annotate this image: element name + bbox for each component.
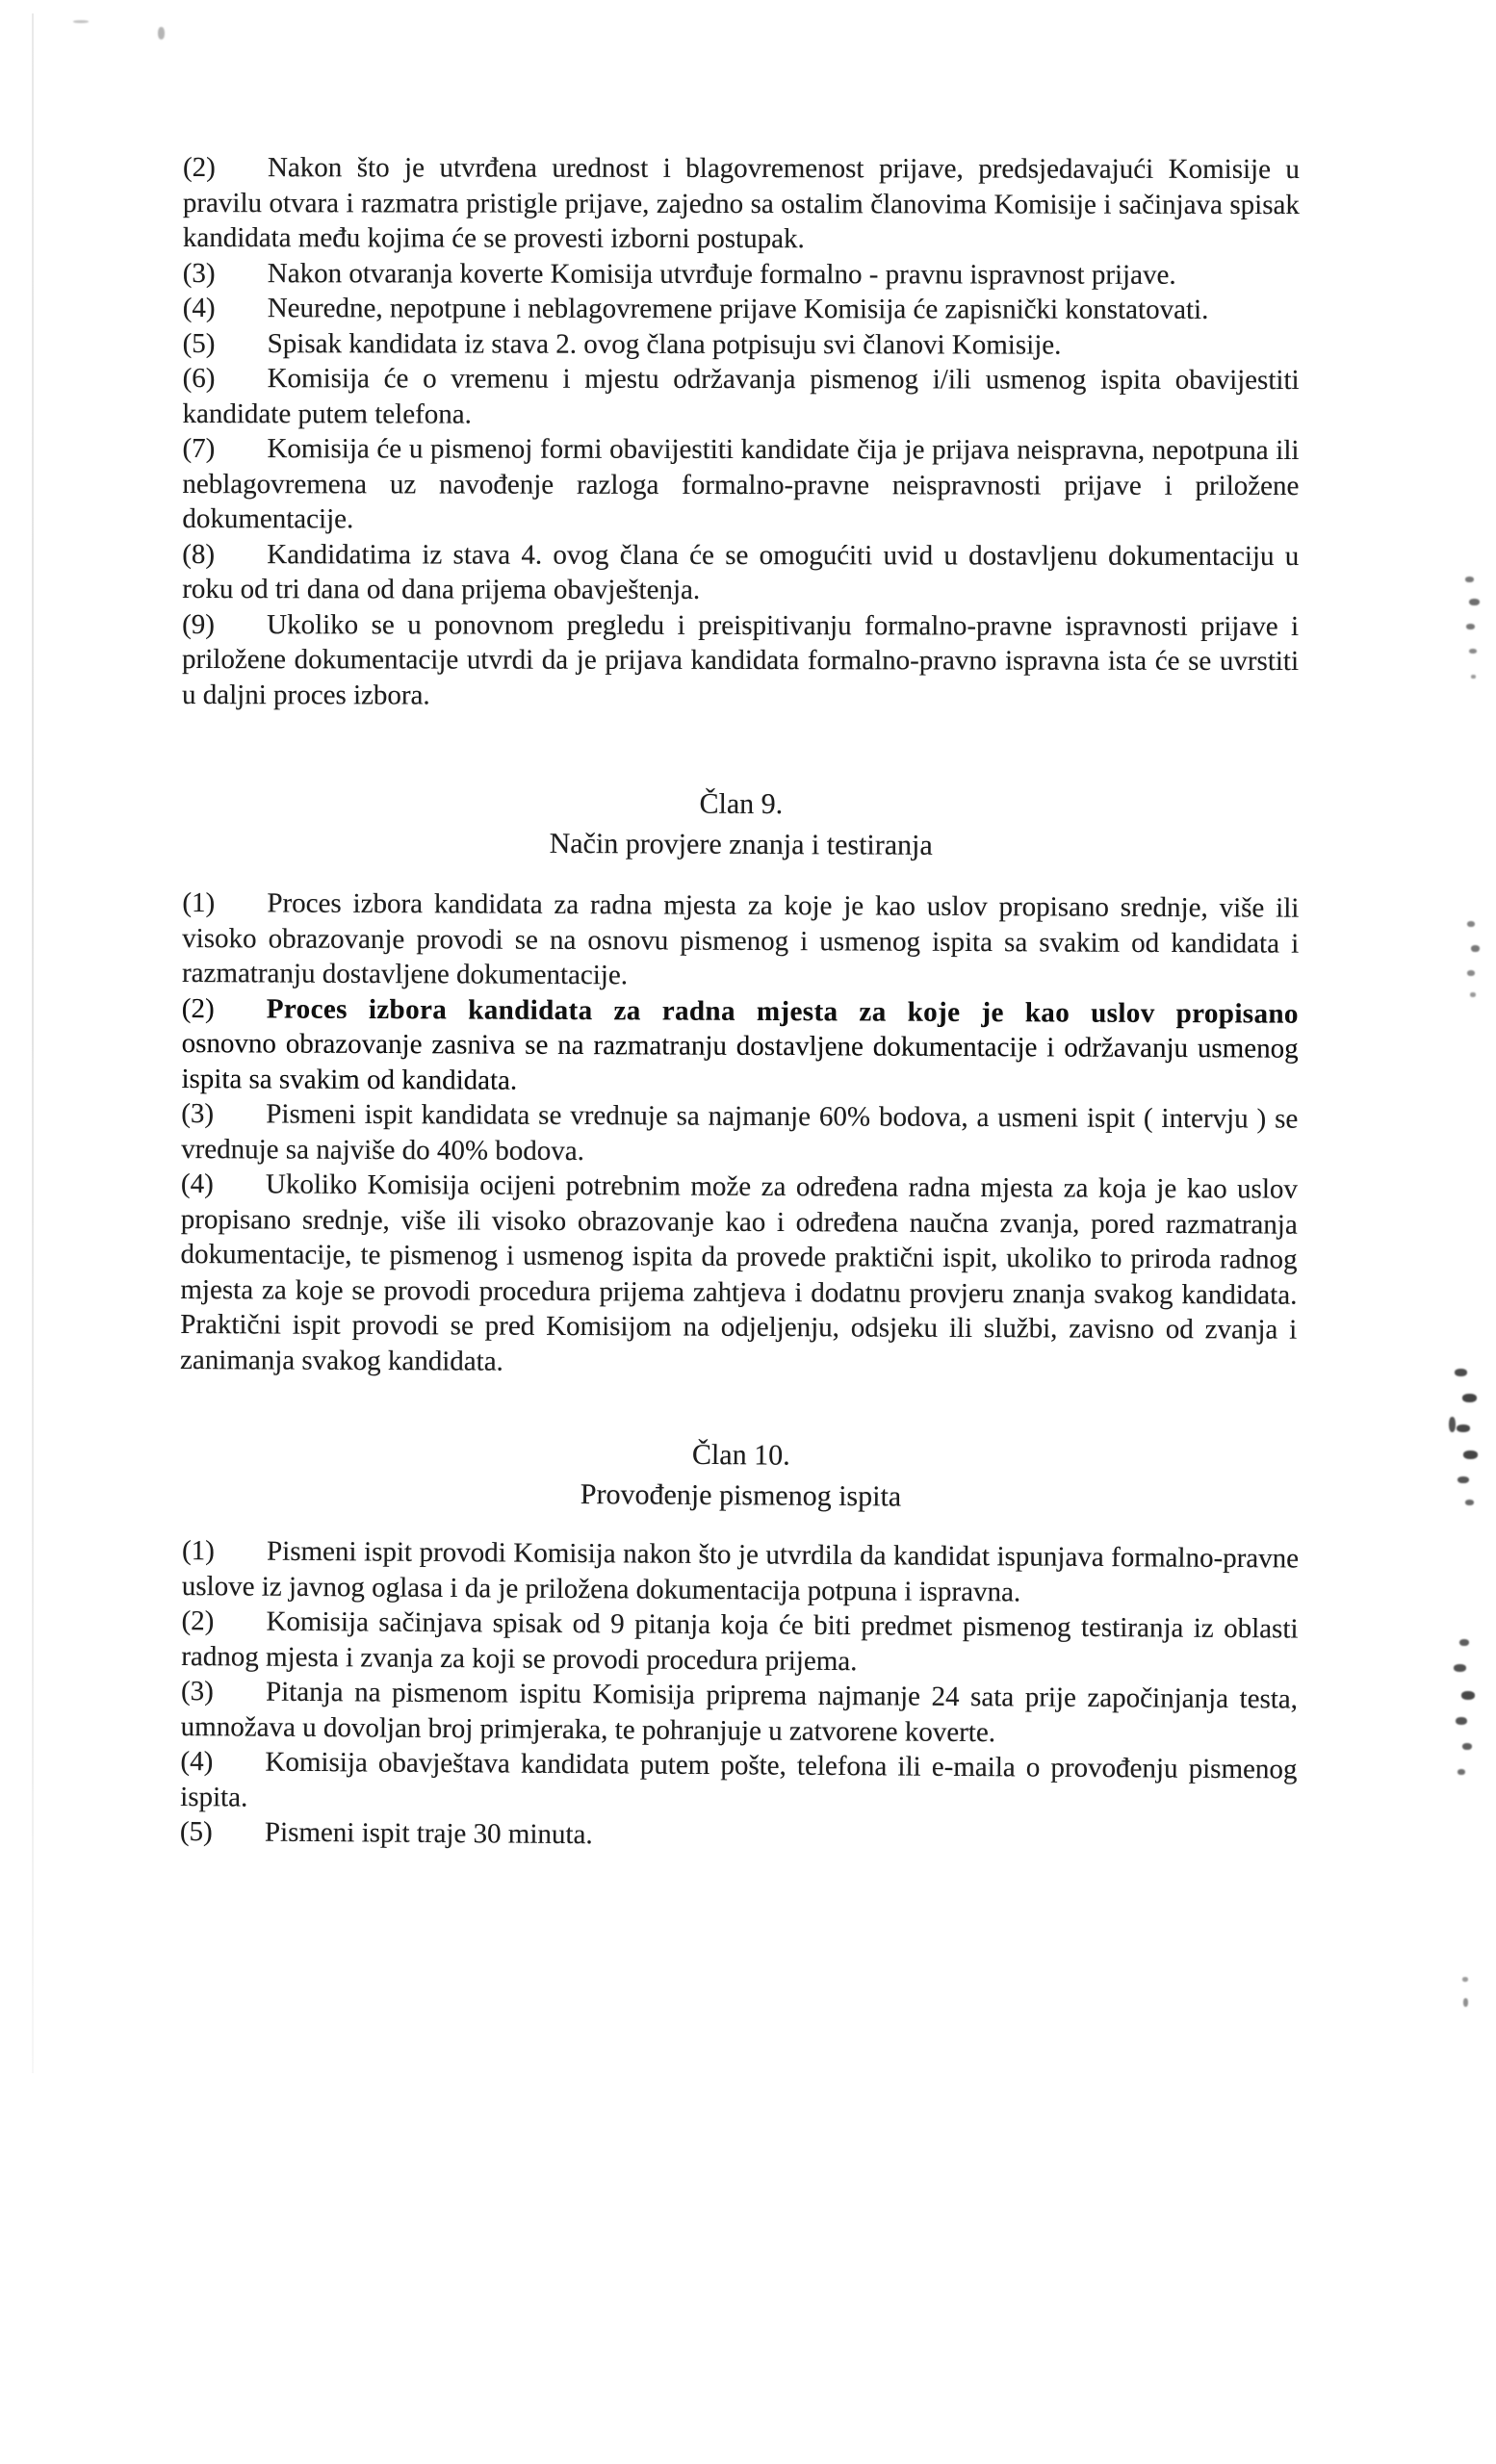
scan-speck xyxy=(1471,945,1480,952)
scan-speck xyxy=(1463,1998,1468,2007)
scan-speck xyxy=(1470,992,1476,997)
paragraph-number: (1) xyxy=(182,1533,267,1569)
paragraph: (1)Proces izbora kandidata za radna mjes… xyxy=(182,885,1300,996)
scan-speck xyxy=(73,20,89,23)
document-page: (2)Nakon što je utvrđena urednost i blag… xyxy=(0,0,1496,2464)
paragraph-text: Kandidatima iz stava 4. ovog člana će se… xyxy=(182,539,1299,605)
paragraph-number: (3) xyxy=(181,1096,266,1132)
paragraph: (2)Nakon što je utvrđena urednost i blag… xyxy=(183,150,1300,258)
paragraph-text: Proces izbora kandidata za radna mjesta … xyxy=(181,993,1298,1095)
paragraph-number: (6) xyxy=(183,361,268,397)
paragraph-text: Ukoliko Komisija ocijeni potrebnim može … xyxy=(180,1168,1298,1376)
scan-speck xyxy=(1465,1500,1474,1505)
paragraph: (4)Ukoliko Komisija ocijeni potrebnim mo… xyxy=(180,1167,1298,1383)
paragraph-text: Spisak kandidata iz stava 2. ovog člana … xyxy=(268,328,1062,360)
article-subheading: Način provjere znanja i testiranja xyxy=(183,822,1300,868)
paragraph: (9)Ukoliko se u ponovnom pregledu i prei… xyxy=(182,606,1299,714)
paragraph-number: (4) xyxy=(181,1167,266,1202)
paragraph-text: Pismeni ispit provodi Komisija nakon što… xyxy=(182,1536,1299,1607)
scan-speck xyxy=(1461,1691,1475,1700)
paragraph-text: Komisija će o vremenu i mjestu održavanj… xyxy=(182,363,1299,429)
paragraph: (2)Komisija sačinjava spisak od 9 pitanj… xyxy=(181,1604,1299,1682)
section-clan8-continuation: (2)Nakon što je utvrđena urednost i blag… xyxy=(182,150,1300,714)
paragraph-number: (2) xyxy=(181,1604,266,1639)
document-content: (2)Nakon što je utvrđena urednost i blag… xyxy=(183,0,1300,1850)
paragraph-number: (8) xyxy=(182,536,267,572)
paragraph: (5)Pismeni ispit traje 30 minuta. xyxy=(180,1814,1297,1858)
scan-speck xyxy=(1463,1450,1478,1459)
scan-speck xyxy=(1469,599,1480,605)
scan-speck xyxy=(1466,624,1475,629)
scan-speck xyxy=(1456,1717,1467,1725)
paragraph: (6)Komisija će o vremenu i mjestu održav… xyxy=(182,361,1299,433)
paragraph-number: (2) xyxy=(182,990,267,1026)
scan-speck xyxy=(1462,1977,1468,1982)
paragraph: (5)Spisak kandidata iz stava 2. ovog čla… xyxy=(183,325,1300,363)
scan-speck xyxy=(1457,1476,1469,1483)
paragraph-number: (3) xyxy=(181,1674,266,1709)
paragraph: (7)Komisija će u pismenoj formi obavijes… xyxy=(182,431,1299,539)
paragraph-text: Komisija obavještava kandidata putem poš… xyxy=(180,1747,1297,1812)
paragraph: (4)Komisija obavještava kandidata putem … xyxy=(180,1744,1298,1823)
paragraph-text: Pismeni ispit traje 30 minuta. xyxy=(265,1817,593,1850)
paragraph-text: Ukoliko se u ponovnom pregledu i preispi… xyxy=(182,609,1299,710)
paragraph-number: (7) xyxy=(182,431,267,467)
paragraph-text: Pismeni ispit kandidata se vrednuje sa n… xyxy=(181,1098,1298,1166)
paragraph-text: Nakon otvaranja koverte Komisija utvrđuj… xyxy=(268,258,1176,291)
paragraph-text: Proces izbora kandidata za radna mjesta … xyxy=(182,887,1299,990)
article-subheading: Provođenje pismenog ispita xyxy=(182,1472,1299,1521)
scan-speck xyxy=(1455,1369,1467,1376)
article-heading: Član 9. xyxy=(183,782,1300,828)
scan-speck xyxy=(1449,1417,1456,1432)
paragraph-number: (4) xyxy=(183,291,268,326)
scan-speck xyxy=(1459,1639,1469,1646)
scan-speck xyxy=(1471,675,1476,679)
scan-speck xyxy=(1457,1424,1470,1432)
scan-speck xyxy=(1467,921,1475,927)
paragraph-text: Nakon što je utvrđena urednost i blagovr… xyxy=(183,152,1300,254)
paragraph-number: (4) xyxy=(180,1744,265,1780)
paragraph: (1)Pismeni ispit provodi Komisija nakon … xyxy=(182,1533,1300,1612)
section-clan-10: Član 10. Provođenje pismenog ispita (1)P… xyxy=(180,1431,1300,1858)
paragraph-number: (9) xyxy=(182,606,267,642)
scan-edge-line xyxy=(32,13,34,2073)
scan-speck xyxy=(158,27,165,39)
paragraph-number: (3) xyxy=(183,255,268,291)
scan-speck xyxy=(1465,577,1474,582)
paragraph-text: Neuredne, nepotpune i neblagovremene pri… xyxy=(268,293,1209,325)
paragraph-text: Komisija će u pismenoj formi obavijestit… xyxy=(182,433,1299,534)
paragraph-number: (5) xyxy=(183,325,268,361)
paragraph-text: Pitanja na pismenom ispitu Komisija prip… xyxy=(181,1677,1298,1748)
paragraph: (2)Proces izbora kandidata za radna mjes… xyxy=(181,990,1299,1101)
paragraph-number: (5) xyxy=(180,1814,265,1850)
paragraph: (8)Kandidatima iz stava 4. ovog člana će… xyxy=(182,536,1299,608)
section-clan-9: Član 9. Način provjere znanja i testiran… xyxy=(180,782,1300,1383)
paragraph-text: Komisija sačinjava spisak od 9 pitanja k… xyxy=(181,1606,1298,1677)
scan-speck xyxy=(1462,1743,1472,1750)
paragraph: (3)Pitanja na pismenom ispitu Komisija p… xyxy=(181,1674,1299,1753)
scan-speck xyxy=(1454,1664,1466,1672)
paragraph: (3)Pismeni ispit kandidata se vrednuje s… xyxy=(181,1096,1298,1172)
scan-speck xyxy=(1462,1394,1477,1402)
scan-speck xyxy=(1467,970,1475,976)
scan-speck xyxy=(1457,1769,1465,1775)
scan-speck xyxy=(1469,649,1477,654)
paragraph: (3)Nakon otvaranja koverte Komisija utvr… xyxy=(183,255,1300,293)
paragraph-number: (2) xyxy=(183,150,268,186)
paragraph-number: (1) xyxy=(182,885,267,921)
paragraph: (4)Neuredne, nepotpune i neblagovremene … xyxy=(183,291,1300,328)
